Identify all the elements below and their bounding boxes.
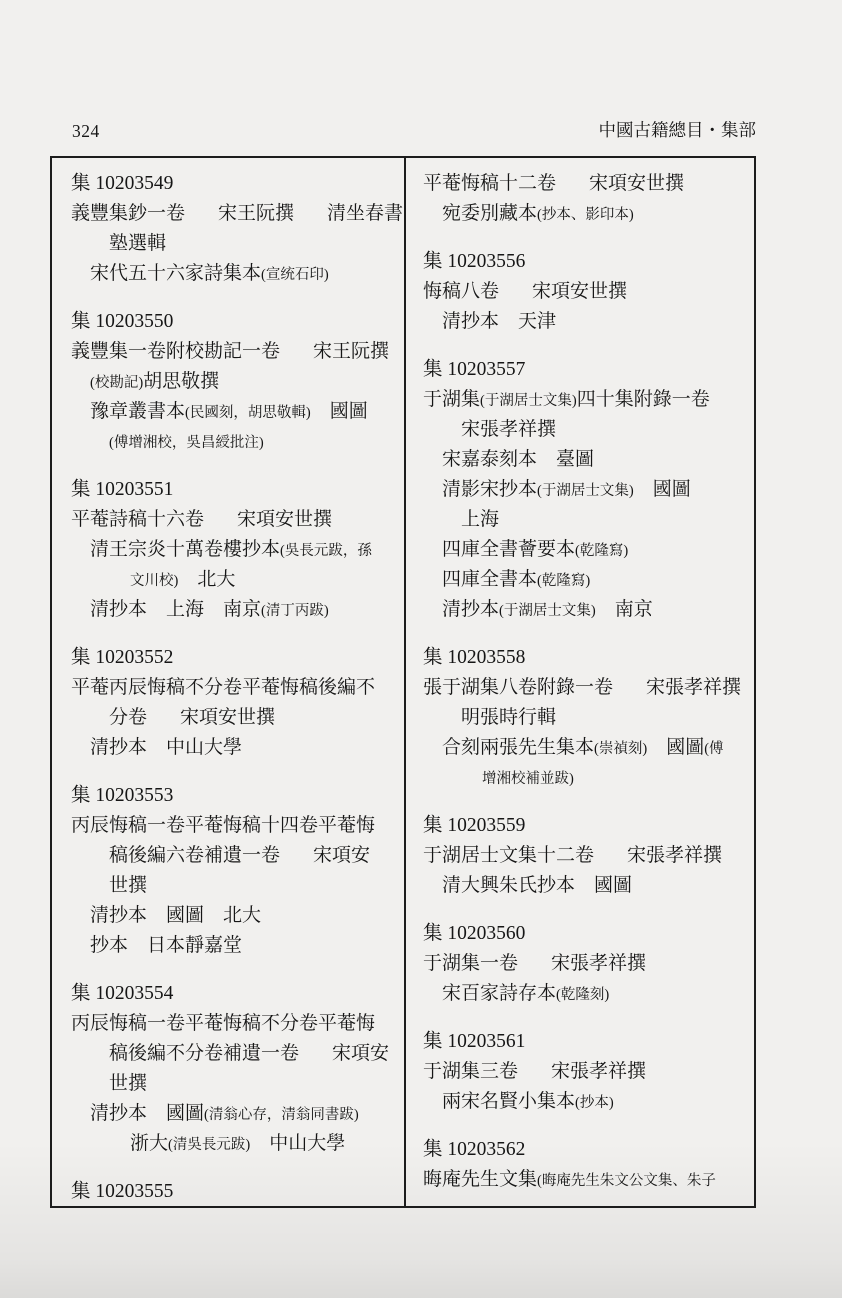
annotation-text: (于湖居士文集): [480, 393, 577, 409]
main-text: 清抄本: [90, 737, 147, 758]
main-text: 分卷: [109, 707, 147, 728]
entry-id: 集 10203558: [423, 643, 750, 673]
main-text: 宛委別藏本: [442, 203, 537, 224]
entry-line: 宋張孝祥撰: [423, 415, 750, 445]
main-text: 清抄本: [90, 905, 147, 926]
main-text: 國圖: [166, 905, 204, 926]
main-text: 宋項安世撰: [589, 173, 684, 194]
entry-line: 宋百家詩存本(乾隆刻): [423, 979, 750, 1009]
entry-line: 清抄本國圖(清翁心存，清翁同書跋): [71, 1099, 400, 1129]
entry-line: 平菴丙辰悔稿不分卷平菴悔稿後編不: [71, 673, 400, 703]
main-text: 北大: [197, 569, 235, 590]
main-text: 于湖集一卷: [423, 953, 518, 974]
annotation-text: (清丁丙跋): [261, 603, 329, 619]
main-text: 宋張孝祥撰: [551, 1061, 646, 1082]
catalog-entry: 集 10203561于湖集三卷宋張孝祥撰兩宋名賢小集本(抄本): [423, 1027, 750, 1117]
main-text: 義豐集一卷附校勘記一卷: [71, 341, 280, 362]
main-text: 平菴悔稿十二卷: [423, 173, 556, 194]
entry-line: 清抄本國圖北大: [71, 901, 400, 931]
main-text: 清王宗炎十萬卷樓抄本: [90, 539, 280, 560]
entry-line: 合刻兩張先生集本(崇禎刻)國圖(傅: [423, 733, 750, 763]
running-head: 324 中國古籍總目・集部: [50, 118, 756, 142]
main-text: 胡思敬撰: [143, 371, 219, 392]
main-text: 塾選輯: [109, 233, 166, 254]
entry-line: 世撰: [71, 1069, 400, 1099]
main-text: 清影宋抄本: [442, 479, 537, 500]
entry-line: 平菴詩稿十六卷宋項安世撰: [71, 505, 400, 535]
entry-line: 于湖集(于湖居士文集)四十集附錄一卷: [423, 385, 750, 415]
entry-id: 集 10203549: [71, 169, 400, 199]
main-text: 于湖集三卷: [423, 1061, 518, 1082]
main-text: 四庫全書本: [442, 569, 537, 590]
entry-line: 兩宋名賢小集本(抄本): [423, 1087, 750, 1117]
main-text: 宋項安世撰: [237, 509, 332, 530]
entry-line: 分卷宋項安世撰: [71, 703, 400, 733]
annotation-text: (吳長元跋，孫: [280, 543, 372, 559]
main-text: 浙大: [130, 1133, 168, 1154]
entry-id: 集 10203552: [71, 643, 400, 673]
entry-id: 集 10203553: [71, 781, 400, 811]
annotation-text: (清翁心存，清翁同書跋): [204, 1107, 359, 1123]
entry-id: 集 10203556: [423, 247, 750, 277]
annotation-text: (宣统石印): [261, 267, 329, 283]
catalog-column-left: 集 10203549義豐集鈔一卷宋王阮撰清坐春書塾選輯宋代五十六家詩集本(宣统石…: [52, 158, 406, 1206]
entry-line: 抄本日本靜嘉堂: [71, 931, 400, 961]
entry-line: 塾選輯: [71, 229, 400, 259]
annotation-text: (晦庵先生朱文公文集、朱子: [537, 1173, 716, 1189]
entry-line: 悔稿八卷宋項安世撰: [423, 277, 750, 307]
main-text: 上海: [166, 599, 204, 620]
main-text: 四庫全書薈要本: [442, 539, 575, 560]
entry-line: 明張時行輯: [423, 703, 750, 733]
header-title: 中國古籍總目・集部: [599, 117, 757, 142]
main-text: 宋項安世撰: [180, 707, 275, 728]
main-text: 豫章叢書本: [90, 401, 185, 422]
annotation-text: (校勘記): [90, 375, 143, 391]
main-text: 明張時行輯: [461, 707, 556, 728]
annotation-text: (乾隆寫): [575, 543, 628, 559]
entry-line: 丙辰悔稿一卷平菴悔稿不分卷平菴悔: [71, 1009, 400, 1039]
main-text: 合刻兩張先生集本: [442, 737, 594, 758]
entry-line: 文川校)北大: [71, 565, 400, 595]
main-text: 宋張孝祥撰: [461, 419, 556, 440]
main-text: 宋項安世撰: [532, 281, 627, 302]
main-text: 悔稿八卷: [423, 281, 499, 302]
entry-line: 于湖集三卷宋張孝祥撰: [423, 1057, 750, 1087]
annotation-text: (清吳長元跋): [168, 1137, 250, 1153]
main-text: 世撰: [109, 875, 147, 896]
main-text: 國圖: [166, 1103, 204, 1124]
catalog-entry: 集 10203552平菴丙辰悔稿不分卷平菴悔稿後編不分卷宋項安世撰清抄本中山大學: [71, 643, 400, 763]
entry-line: 于湖集一卷宋張孝祥撰: [423, 949, 750, 979]
main-text: 宋項安: [332, 1043, 389, 1064]
main-text: 稿後編六卷補遺一卷: [109, 845, 280, 866]
main-text: 清大興朱氏抄本: [442, 875, 575, 896]
entry-id: 集 10203550: [71, 307, 400, 337]
entry-line: 稿後編不分卷補遺一卷宋項安: [71, 1039, 400, 1069]
catalog-entry: 集 10203557于湖集(于湖居士文集)四十集附錄一卷宋張孝祥撰宋嘉泰刻本臺圖…: [423, 355, 750, 625]
main-text: 四十集附錄一卷: [577, 389, 710, 410]
entry-line: 平菴悔稿十二卷宋項安世撰: [423, 169, 750, 199]
entry-id: 集 10203559: [423, 811, 750, 841]
annotation-text: (崇禎刻): [594, 741, 647, 757]
entry-line: 清抄本(于湖居士文集)南京: [423, 595, 750, 625]
main-text: 稿後編不分卷補遺一卷: [109, 1043, 299, 1064]
annotation-text: (傅增湘校，吳昌綬批注): [109, 435, 264, 451]
entry-line: 四庫全書薈要本(乾隆寫): [423, 535, 750, 565]
main-text: 丙辰悔稿一卷平菴悔稿不分卷平菴悔: [71, 1013, 375, 1034]
entry-line: (傅增湘校，吳昌綬批注): [71, 427, 400, 457]
entry-line: 上海: [423, 505, 750, 535]
entry-line: (校勘記)胡思敬撰: [71, 367, 400, 397]
main-text: 上海: [461, 509, 499, 530]
catalog-entry: 集 10203556悔稿八卷宋項安世撰清抄本天津: [423, 247, 750, 337]
catalog-table: 集 10203549義豐集鈔一卷宋王阮撰清坐春書塾選輯宋代五十六家詩集本(宣统石…: [50, 156, 756, 1208]
main-text: 國圖: [594, 875, 632, 896]
main-text: 宋百家詩存本: [442, 983, 556, 1004]
annotation-text: (傅: [704, 741, 723, 757]
main-text: 宋張孝祥撰: [627, 845, 722, 866]
main-text: 中山大學: [269, 1133, 345, 1154]
entry-line: 清影宋抄本(于湖居士文集)國圖: [423, 475, 750, 505]
main-text: 于湖居士文集十二卷: [423, 845, 594, 866]
entry-id: 集 10203555: [71, 1177, 400, 1206]
main-text: 臺圖: [556, 449, 594, 470]
entry-line: 義豐集一卷附校勘記一卷宋王阮撰: [71, 337, 400, 367]
catalog-column-right: 平菴悔稿十二卷宋項安世撰宛委別藏本(抄本、影印本)集 10203556悔稿八卷宋…: [406, 158, 754, 1206]
main-text: 平菴詩稿十六卷: [71, 509, 204, 530]
main-text: 抄本: [90, 935, 128, 956]
entry-line: 丙辰悔稿一卷平菴悔稿十四卷平菴悔: [71, 811, 400, 841]
main-text: 清抄本: [90, 599, 147, 620]
entry-line: 義豐集鈔一卷宋王阮撰清坐春書: [71, 199, 400, 229]
main-text: 晦庵先生文集: [423, 1169, 537, 1190]
entry-id: 集 10203562: [423, 1135, 750, 1165]
catalog-entry: 集 10203550義豐集一卷附校勘記一卷宋王阮撰(校勘記)胡思敬撰豫章叢書本(…: [71, 307, 400, 457]
catalog-entry: 集 10203562晦庵先生文集(晦庵先生朱文公文集、朱子: [423, 1135, 750, 1195]
catalog-entry: 集 10203558張于湖集八卷附錄一卷宋張孝祥撰明張時行輯合刻兩張先生集本(崇…: [423, 643, 750, 793]
main-text: 丙辰悔稿一卷平菴悔稿十四卷平菴悔: [71, 815, 375, 836]
main-text: 宋張孝祥撰: [646, 677, 741, 698]
main-text: 南京: [615, 599, 653, 620]
entry-id: 集 10203554: [71, 979, 400, 1009]
main-text: 清抄本: [442, 311, 499, 332]
annotation-text: (于湖居士文集): [499, 603, 596, 619]
main-text: 清坐春書: [327, 203, 403, 224]
catalog-entry: 集 10203560于湖集一卷宋張孝祥撰宋百家詩存本(乾隆刻): [423, 919, 750, 1009]
entry-id: 集 10203551: [71, 475, 400, 505]
catalog-entry: 集 10203551平菴詩稿十六卷宋項安世撰清王宗炎十萬卷樓抄本(吳長元跋，孫文…: [71, 475, 400, 625]
entry-line: 宋嘉泰刻本臺圖: [423, 445, 750, 475]
main-text: 平菴丙辰悔稿不分卷平菴悔稿後編不: [71, 677, 375, 698]
main-text: 宋王阮撰: [218, 203, 294, 224]
main-text: 清抄本: [442, 599, 499, 620]
entry-line: 增湘校補並跋): [423, 763, 750, 793]
entry-id: 集 10203560: [423, 919, 750, 949]
main-text: 國圖: [653, 479, 691, 500]
main-text: 義豐集鈔一卷: [71, 203, 185, 224]
entry-line: 豫章叢書本(民國刻，胡思敬輯)國圖: [71, 397, 400, 427]
main-text: 北大: [223, 905, 261, 926]
entry-line: 世撰: [71, 871, 400, 901]
entry-line: 宛委別藏本(抄本、影印本): [423, 199, 750, 229]
main-text: 宋項安: [313, 845, 370, 866]
entry-line: 張于湖集八卷附錄一卷宋張孝祥撰: [423, 673, 750, 703]
entry-line: 清抄本中山大學: [71, 733, 400, 763]
annotation-text: (于湖居士文集): [537, 483, 634, 499]
catalog-entry: 集 10203554丙辰悔稿一卷平菴悔稿不分卷平菴悔稿後編不分卷補遺一卷宋項安世…: [71, 979, 400, 1159]
entry-line: 浙大(清吳長元跋)中山大學: [71, 1129, 400, 1159]
annotation-text: 文川校): [130, 573, 178, 589]
main-text: 世撰: [109, 1073, 147, 1094]
entry-line: 清抄本天津: [423, 307, 750, 337]
main-text: 南京: [223, 599, 261, 620]
annotation-text: 增湘校補並跋): [482, 771, 574, 787]
main-text: 國圖: [330, 401, 368, 422]
main-text: 宋王阮撰: [313, 341, 389, 362]
catalog-entry: 集 10203559于湖居士文集十二卷宋張孝祥撰清大興朱氏抄本國圖: [423, 811, 750, 901]
main-text: 宋嘉泰刻本: [442, 449, 537, 470]
main-text: 張于湖集八卷附錄一卷: [423, 677, 613, 698]
catalog-entry: 集 10203555: [71, 1177, 400, 1206]
entry-line: 稿後編六卷補遺一卷宋項安: [71, 841, 400, 871]
annotation-text: (抄本): [575, 1095, 614, 1111]
main-text: 兩宋名賢小集本: [442, 1091, 575, 1112]
main-text: 日本靜嘉堂: [147, 935, 242, 956]
entry-line: 清大興朱氏抄本國圖: [423, 871, 750, 901]
entry-id: 集 10203561: [423, 1027, 750, 1057]
entry-id: 集 10203557: [423, 355, 750, 385]
entry-line: 宋代五十六家詩集本(宣统石印): [71, 259, 400, 289]
annotation-text: (抄本、影印本): [537, 207, 634, 223]
entry-line: 晦庵先生文集(晦庵先生朱文公文集、朱子: [423, 1165, 750, 1195]
annotation-text: (民國刻，胡思敬輯): [185, 405, 311, 421]
main-text: 于湖集: [423, 389, 480, 410]
annotation-text: (乾隆刻): [556, 987, 609, 1003]
catalog-entry: 集 10203549義豐集鈔一卷宋王阮撰清坐春書塾選輯宋代五十六家詩集本(宣统石…: [71, 169, 400, 289]
main-text: 天津: [518, 311, 556, 332]
annotation-text: (乾隆寫): [537, 573, 590, 589]
entry-line: 清王宗炎十萬卷樓抄本(吳長元跋，孫: [71, 535, 400, 565]
main-text: 宋張孝祥撰: [551, 953, 646, 974]
entry-line: 清抄本上海南京(清丁丙跋): [71, 595, 400, 625]
main-text: 宋代五十六家詩集本: [90, 263, 261, 284]
catalog-entry: 集 10203553丙辰悔稿一卷平菴悔稿十四卷平菴悔稿後編六卷補遺一卷宋項安世撰…: [71, 781, 400, 961]
main-text: 中山大學: [166, 737, 242, 758]
main-text: 國圖: [666, 737, 704, 758]
catalog-entry: 平菴悔稿十二卷宋項安世撰宛委別藏本(抄本、影印本): [423, 169, 750, 229]
entry-line: 四庫全書本(乾隆寫): [423, 565, 750, 595]
main-text: 清抄本: [90, 1103, 147, 1124]
entry-line: 于湖居士文集十二卷宋張孝祥撰: [423, 841, 750, 871]
page-number: 324: [50, 121, 100, 142]
